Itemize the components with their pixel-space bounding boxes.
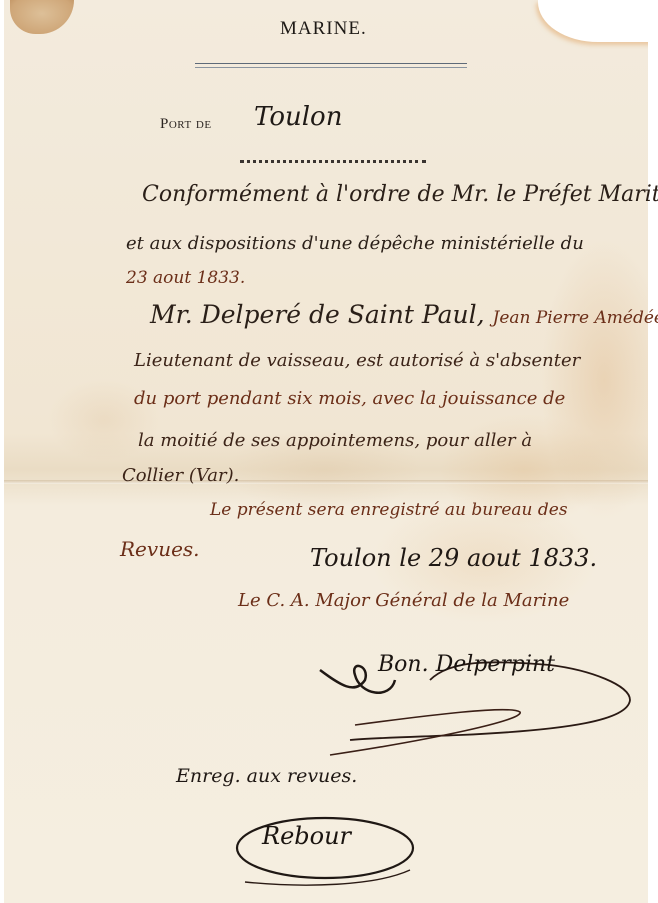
body-line-10: Revues. bbox=[120, 537, 200, 561]
body-line-2: et aux dispositions d'une dépêche minist… bbox=[126, 233, 584, 254]
registration-label: Enreg. aux revues. bbox=[176, 765, 357, 787]
paper-fold-line bbox=[4, 480, 648, 484]
page-edge bbox=[648, 42, 658, 903]
signatory-title: Le C. A. Major Général de la Marine bbox=[238, 590, 569, 611]
dotted-rule bbox=[240, 160, 426, 163]
body-line-5: Lieutenant de vaisseau, est autorisé à s… bbox=[134, 350, 580, 371]
officer-name-line: Mr. Delperé de Saint Paul, Jean Pierre A… bbox=[150, 300, 658, 329]
body-line-9: Le présent sera enregistré au bureau des bbox=[210, 500, 568, 520]
letterhead-rule bbox=[195, 63, 467, 68]
letterhead-title: MARINE. bbox=[280, 18, 367, 40]
body-line-8: Collier (Var). bbox=[122, 465, 239, 486]
body-line-3: 23 aout 1833. bbox=[126, 268, 245, 288]
port-name: Toulon bbox=[254, 102, 342, 132]
officer-name: Mr. Delperé de Saint Paul, bbox=[150, 300, 485, 329]
body-line-6: du port pendant six mois, avec la jouiss… bbox=[134, 388, 565, 409]
officer-given-names: Jean Pierre Amédée, bbox=[493, 308, 658, 328]
body-line-1: Conformément à l'ordre de Mr. le Préfet … bbox=[142, 182, 658, 207]
registration-signature: Rebour bbox=[262, 822, 351, 850]
dateline: Toulon le 29 aout 1833. bbox=[310, 544, 597, 572]
body-line-7: la moitié de ses appointemens, pour alle… bbox=[138, 430, 532, 451]
signature-text: Bon. Delperpint bbox=[378, 652, 555, 677]
port-label: Port de bbox=[160, 116, 212, 133]
